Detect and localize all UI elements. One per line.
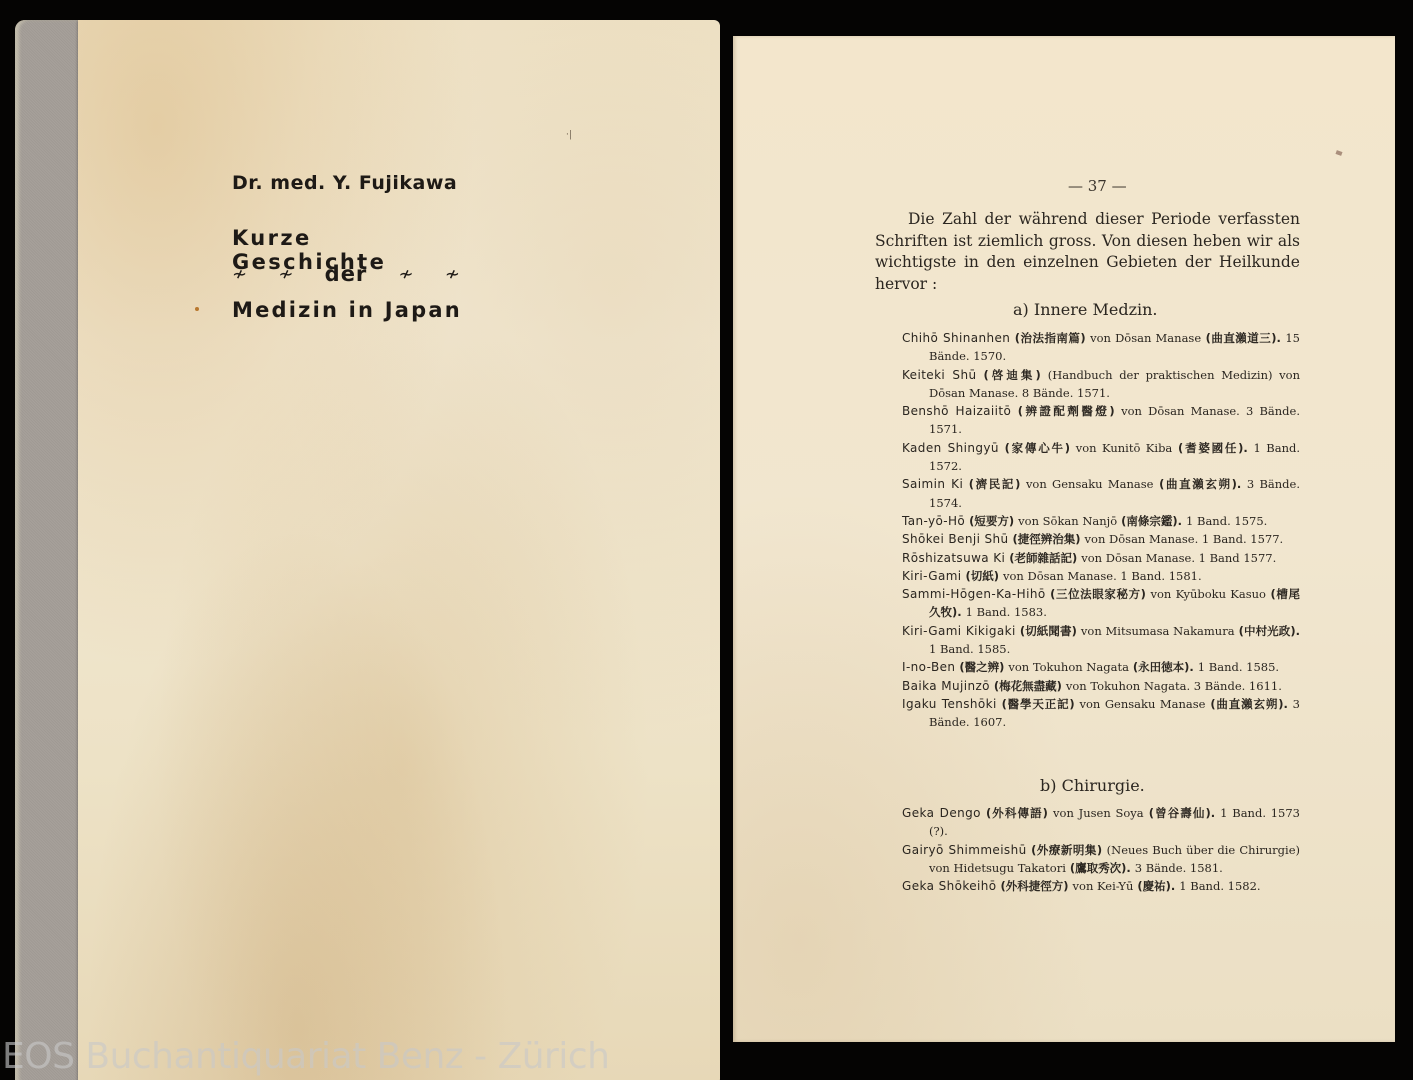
entry-kanji-title: (三位法眼家秘方) (1050, 587, 1146, 601)
book-spine (15, 20, 78, 1080)
entry-volumes-year: 1 Band. 1585. (929, 642, 1010, 656)
bibliography-entry: Kiri-Gami (切紙) von Dōsan Manase. 1 Band.… (902, 567, 1300, 585)
entry-kanji-author: (永田徳本). (1133, 660, 1194, 674)
bibliography-entry: Tan-yō-Hō (短要方) von Sōkan Nanjō (南條宗鑑). … (902, 512, 1300, 530)
bibliography-entry: I-no-Ben (醫之辨) von Tokuhon Nagata (永田徳本)… (902, 658, 1300, 676)
cover-dot (195, 307, 199, 311)
entry-title: Tan-yō-Hō (902, 514, 965, 528)
entry-kanji-title: (啓迪集) (983, 368, 1040, 382)
entry-title: Saimin Ki (902, 477, 963, 491)
entry-title: Rōshizatsuwa Ki (902, 551, 1005, 565)
entry-title: Chihō Shinanhen (902, 331, 1010, 345)
bibliography-entry: Kaden Shingyū (家傳心牛) von Kunitō Kiba (耆婆… (902, 439, 1300, 476)
ornament-icon: ≁ (232, 264, 247, 285)
bibliography-entry: Baika Mujinzō (梅花無盡藏) von Tokuhon Nagata… (902, 677, 1300, 695)
bibliography-entry: Sammi-Hōgen-Ka-Hihō (三位法眼家秘方) von Kyūbok… (902, 585, 1300, 622)
entry-text: von Jusen Soya (1053, 806, 1144, 820)
bibliography-entry: Geka Dengo (外科傳語) von Jusen Soya (曾谷壽仙).… (902, 804, 1300, 841)
entry-text: von Gensaku Manase (1080, 697, 1206, 711)
entry-title: Sammi-Hōgen-Ka-Hihō (902, 587, 1046, 601)
entry-text: von Dōsan Manase. 1 Band 1577. (1081, 551, 1276, 565)
section-heading-innere-medizin: a) Innere Medzin. (1013, 300, 1158, 319)
entry-title: Kiri-Gami Kikigaki (902, 624, 1016, 638)
intro-text: Die Zahl der während dieser Periode verf… (875, 209, 1300, 295)
cover-title-line2: ≁ ≁ der ≁ ≁ (232, 262, 460, 286)
entry-kanji-author: (慶祐). (1137, 879, 1175, 893)
entry-text: von Kyūboku Kasuo (1151, 587, 1266, 601)
entry-title: Geka Shōkeihō (902, 879, 997, 893)
entry-kanji-title: (外科捷徑方) (1001, 879, 1069, 893)
bibliography-entry: Benshō Haizaiitō (辨證配劑醫燈) von Dōsan Mana… (902, 402, 1300, 439)
entry-volumes-year: 3 Bände. 1581. (1135, 861, 1223, 875)
bibliography-entry: Geka Shōkeihō (外科捷徑方) von Kei-Yū (慶祐). 1… (902, 877, 1300, 895)
entry-text: von Kunitō Kiba (1076, 441, 1173, 455)
entry-kanji-title: (切紙聞書) (1020, 624, 1077, 638)
entry-kanji-title: (梅花無盡藏) (994, 679, 1062, 693)
entry-title: Baika Mujinzō (902, 679, 990, 693)
entry-text: von Dōsan Manase (1090, 331, 1201, 345)
entry-text: von Kei-Yū (1073, 879, 1134, 893)
entry-kanji-title: (辨證配劑醫燈) (1018, 404, 1115, 418)
entry-kanji-title: (外科傳語) (986, 806, 1048, 820)
entry-title: Kiri-Gami (902, 569, 962, 583)
ornament-icon: ≁ (278, 264, 293, 285)
bibliography-entry: Rōshizatsuwa Ki (老師雜話記) von Dōsan Manase… (902, 549, 1300, 567)
entry-kanji-author: (曲直瀨道三). (1206, 331, 1281, 345)
entry-title: I-no-Ben (902, 660, 955, 674)
entry-kanji-author: (曲直瀨玄朔). (1159, 477, 1241, 491)
entry-kanji-title: (切紙) (966, 569, 1000, 583)
entry-kanji-title: (短要方) (969, 514, 1014, 528)
entry-list-innere-medizin: Chihō Shinanhen (治法指南篇) von Dōsan Manase… (902, 329, 1300, 732)
entry-title: Igaku Tenshōki (902, 697, 997, 711)
entry-kanji-author: (曲直瀨玄朔). (1210, 697, 1288, 711)
entry-title: Keiteki Shū (902, 368, 976, 382)
entry-text: von Sōkan Nanjō (1018, 514, 1117, 528)
entry-text: von Mitsumasa Nakamura (1081, 624, 1235, 638)
page-number: — 37 — (1068, 177, 1127, 195)
bibliography-entry: Saimin Ki (濟民記) von Gensaku Manase (曲直瀨玄… (902, 475, 1300, 512)
intro-paragraph: Die Zahl der während dieser Periode verf… (875, 209, 1300, 295)
bibliography-entry: Igaku Tenshōki (醫學天正記) von Gensaku Manas… (902, 695, 1300, 732)
bibliography-entry: Gairyō Shimmeishū (外療新明集) (Neues Buch üb… (902, 841, 1300, 878)
entry-text: von Dōsan Manase. 1 Band. 1577. (1085, 532, 1284, 546)
bibliography-entry: Chihō Shinanhen (治法指南篇) von Dōsan Manase… (902, 329, 1300, 366)
bibliography-entry: Kiri-Gami Kikigaki (切紙聞書) von Mitsumasa … (902, 622, 1300, 659)
entry-title: Geka Dengo (902, 806, 981, 820)
ornament-icon: ≁ (399, 264, 414, 285)
entry-kanji-author: (中村光政). (1239, 624, 1300, 638)
entry-volumes-year: 1 Band. 1582. (1179, 879, 1260, 893)
cover-author: Dr. med. Y. Fujikawa (232, 172, 464, 194)
entry-kanji-title: (醫之辨) (959, 660, 1004, 674)
entry-kanji-title: (濟民記) (969, 477, 1021, 491)
entry-text: von Dōsan Manase. 1 Band. 1581. (1003, 569, 1202, 583)
entry-volumes-year: 1 Band. 1585. (1198, 660, 1279, 674)
cover-title-line3: Medizin in Japan (232, 298, 464, 322)
entry-title: Shōkei Benji Shū (902, 532, 1009, 546)
entry-text: von Gensaku Manase (1026, 477, 1154, 491)
entry-title: Kaden Shingyū (902, 441, 999, 455)
section-heading-chirurgie: b) Chirurgie. (1040, 776, 1145, 795)
bibliography-entry: Keiteki Shū (啓迪集) (Handbuch der praktisc… (902, 366, 1300, 403)
entry-kanji-author: (南條宗鑑). (1121, 514, 1182, 528)
entry-kanji-title: (外療新明集) (1031, 843, 1102, 857)
entry-kanji-author: (耆婆國任). (1178, 441, 1248, 455)
entry-title: Gairyō Shimmeishū (902, 843, 1027, 857)
entry-kanji-title: (醫學天正記) (1002, 697, 1075, 711)
ornament-icon: ≁ (445, 264, 460, 285)
entry-kanji-title: (家傳心牛) (1005, 441, 1070, 455)
cover-speck: ·| (566, 130, 572, 140)
entry-volumes-year: 1 Band. 1575. (1186, 514, 1267, 528)
cover-title-der: der (325, 262, 368, 286)
entry-text: von Tokuhon Nagata (1008, 660, 1129, 674)
entry-title: Benshō Haizaiitō (902, 404, 1011, 418)
entry-list-chirurgie: Geka Dengo (外科傳語) von Jusen Soya (曾谷壽仙).… (902, 804, 1300, 895)
bibliography-entry: Shōkei Benji Shū (捷徑辨治集) von Dōsan Manas… (902, 530, 1300, 548)
entry-volumes-year: 1 Band. 1583. (966, 605, 1047, 619)
entry-kanji-title: (捷徑辨治集) (1013, 532, 1081, 546)
entry-kanji-author: (鷹取秀次). (1070, 861, 1131, 875)
entry-kanji-author: (曾谷壽仙). (1149, 806, 1215, 820)
entry-text: von Tokuhon Nagata. 3 Bände. 1611. (1066, 679, 1282, 693)
entry-kanji-title: (治法指南篇) (1015, 331, 1086, 345)
entry-kanji-title: (老師雜話記) (1009, 551, 1077, 565)
watermark: EOS Buchantiquariat Benz - Zürich (2, 1036, 609, 1077)
